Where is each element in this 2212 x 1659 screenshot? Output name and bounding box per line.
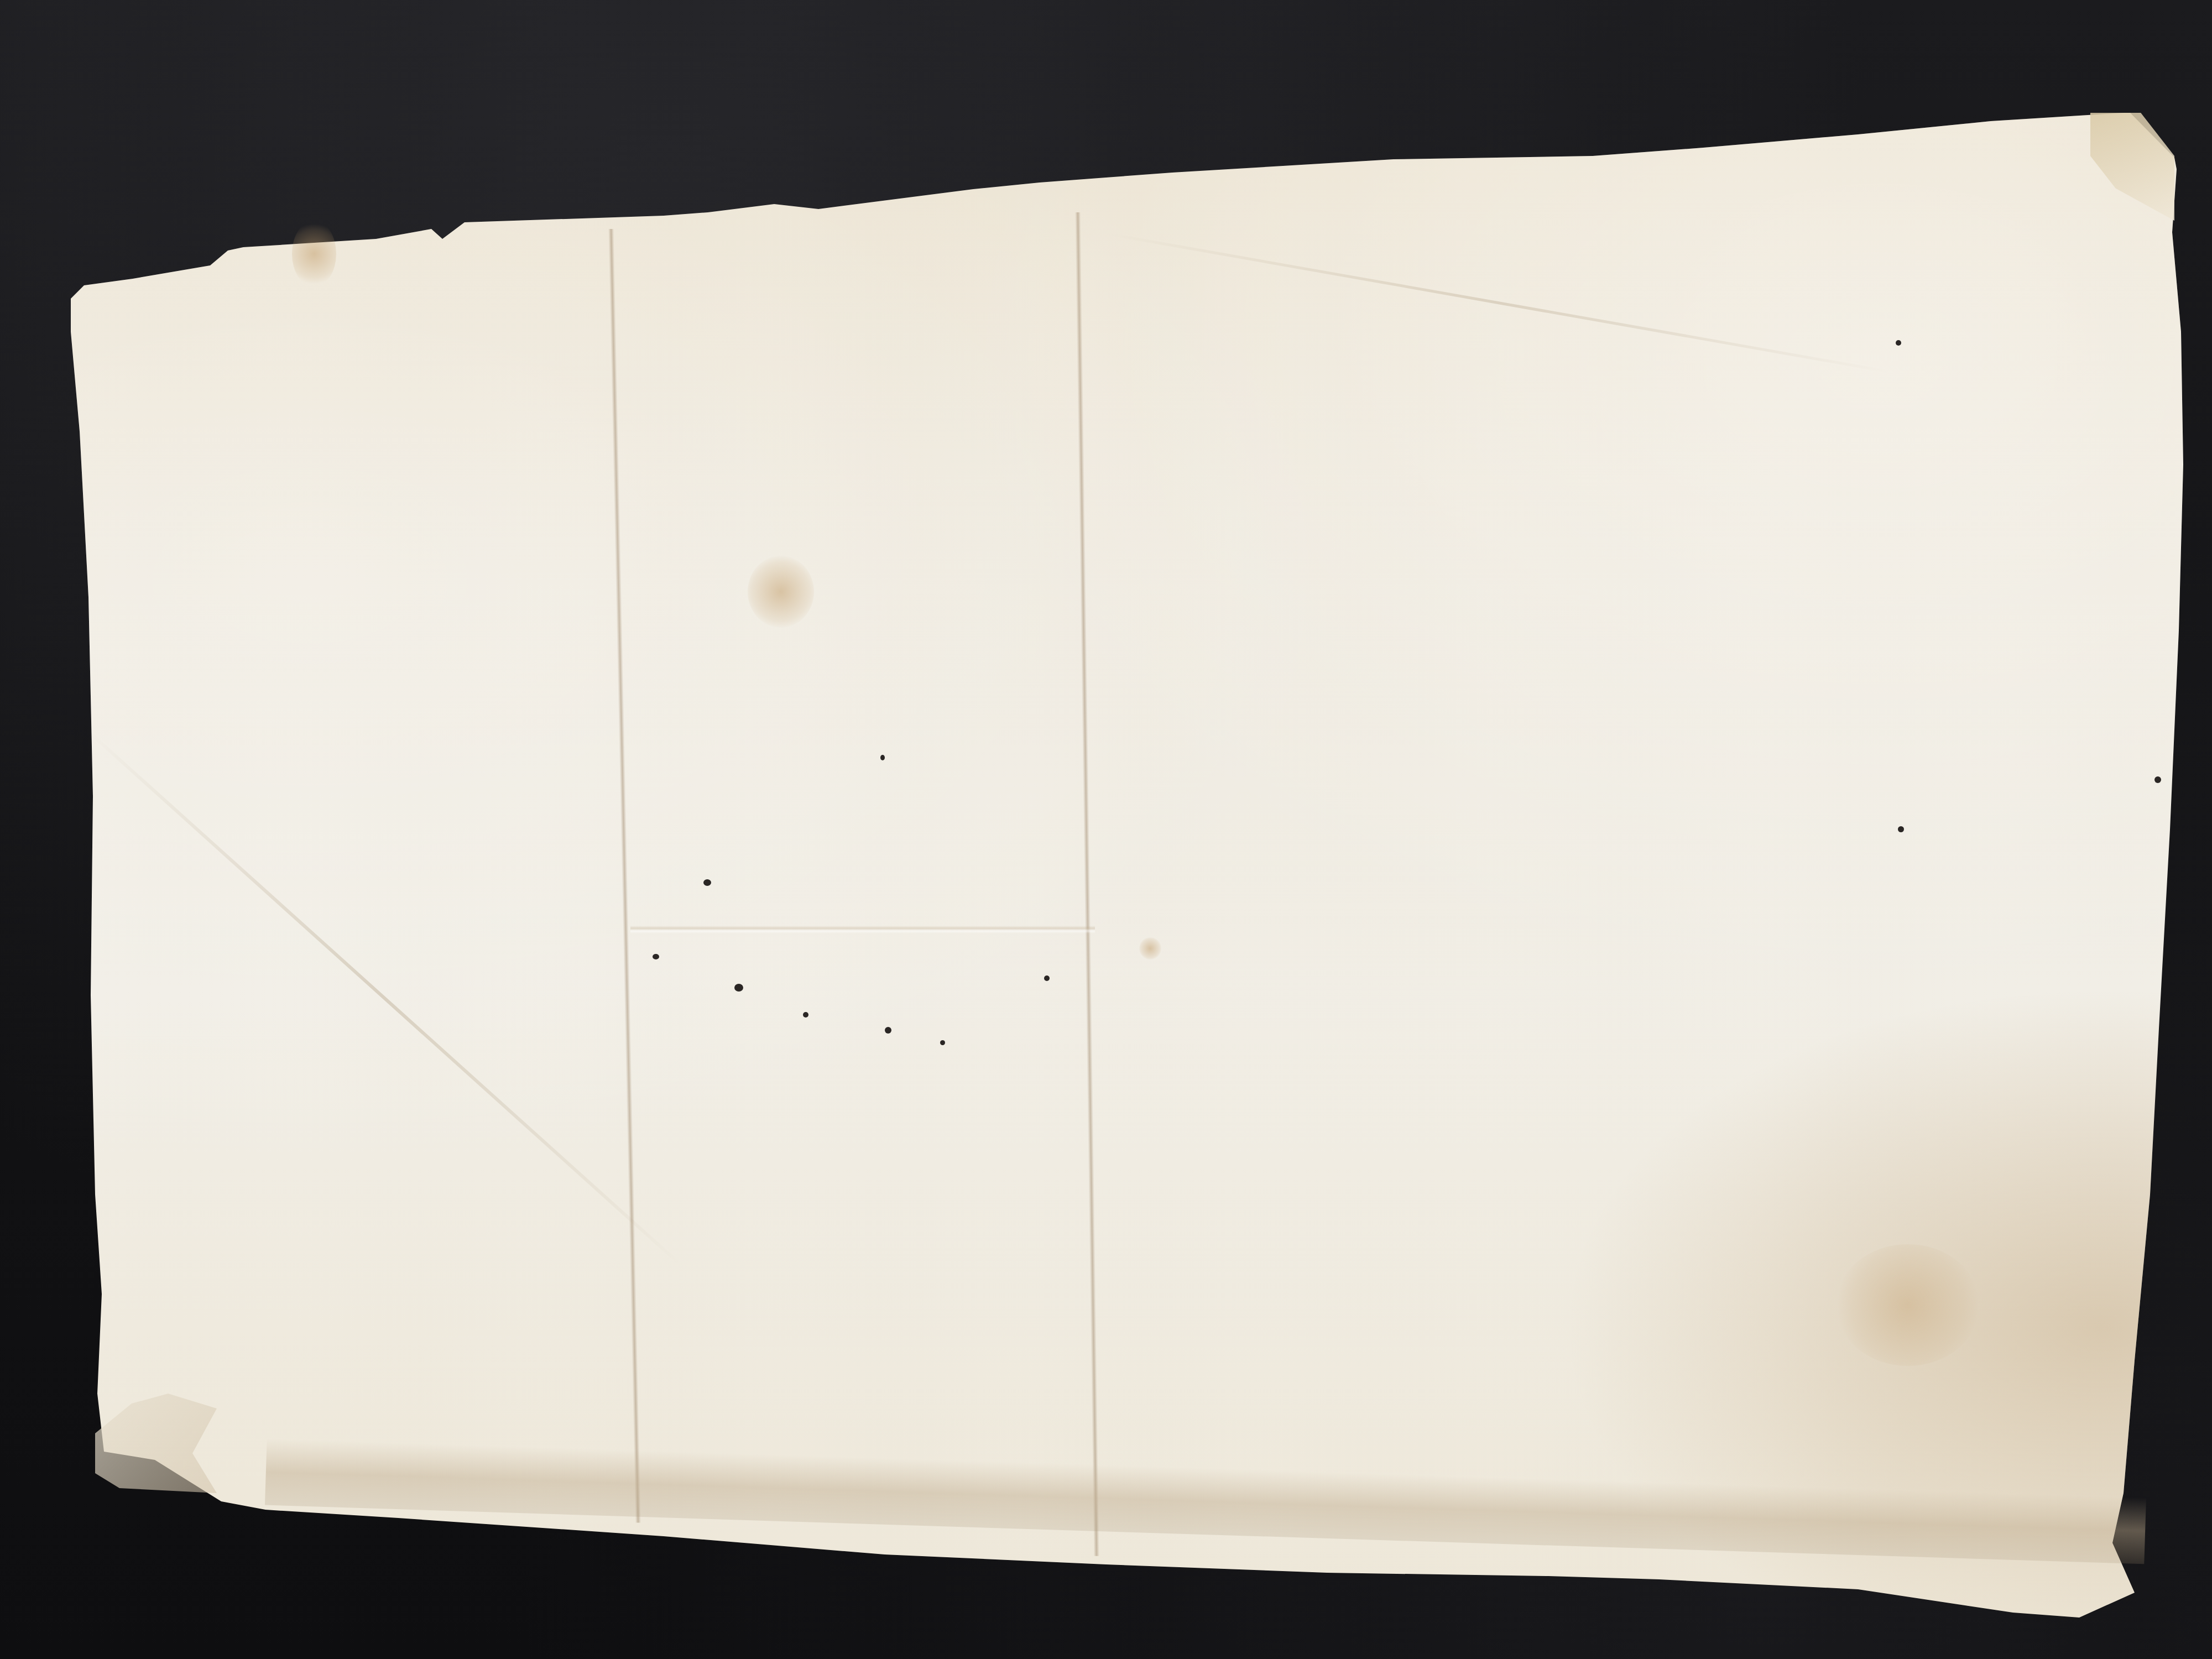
ink-speck bbox=[940, 1040, 945, 1045]
ink-speck bbox=[734, 984, 743, 992]
horizontal-fold bbox=[630, 926, 1095, 933]
stain-center-left bbox=[748, 556, 814, 628]
ink-speck bbox=[1898, 826, 1904, 832]
stain-top bbox=[292, 221, 336, 287]
document-sheet bbox=[0, 0, 2212, 1659]
ink-speck bbox=[1044, 975, 1050, 981]
ink-speck bbox=[653, 954, 659, 959]
ink-speck bbox=[1896, 340, 1901, 346]
ink-speck bbox=[2154, 776, 2161, 783]
stain-small bbox=[1139, 937, 1161, 959]
ink-speck bbox=[803, 1012, 808, 1018]
ink-speck bbox=[885, 1027, 891, 1034]
stain-bottom-right bbox=[1836, 1244, 1980, 1366]
ink-speck bbox=[703, 879, 711, 886]
ink-speck bbox=[880, 755, 885, 760]
